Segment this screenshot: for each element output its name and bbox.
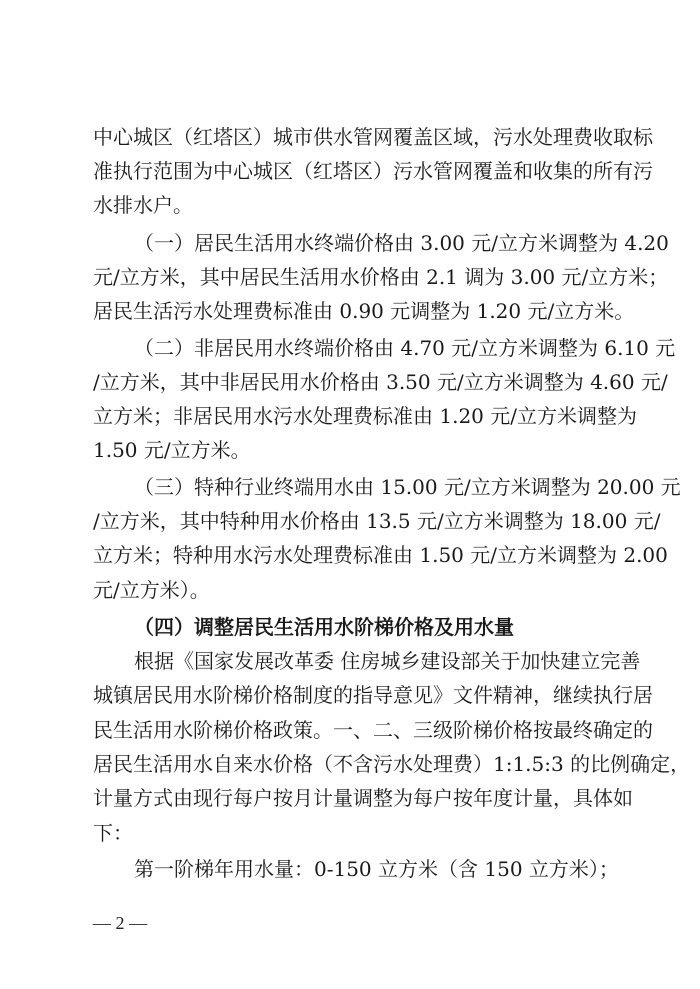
- paragraph-line-special-industry: 元/立方米）。: [93, 575, 611, 605]
- document-page: 中心城区（红塔区）城市供水管网覆盖区域，污水处理费收取标 准执行范围为中心城区（…: [0, 0, 700, 989]
- paragraph-line-special-industry: 立方米；特种用水污水处理费标准由 1.50 元/立方米调整为 2.00: [93, 540, 611, 570]
- paragraph-line-tiered-pricing: 居民生活用水自来水价格（不含污水处理费）1:1.5:3 的比例确定，: [93, 749, 611, 779]
- paragraph-line-residential: 元/立方米，其中居民生活用水价格由 2.1 调为 3.00 元/立方米；: [93, 262, 611, 292]
- paragraph-line: 中心城区（红塔区）城市供水管网覆盖区域，污水处理费收取标: [93, 122, 611, 152]
- paragraph-line-residential: （一）居民生活用水终端价格由 3.00 元/立方米调整为 4.20: [134, 228, 611, 258]
- paragraph-line-non-residential: 立方米；非居民用水污水处理费标准由 1.20 元/立方米调整为: [93, 401, 611, 431]
- paragraph-line-tiered-pricing: 下：: [93, 818, 611, 848]
- paragraph-line-non-residential: /立方米，其中非居民用水价格由 3.50 元/立方米调整为 4.60 元/: [93, 367, 611, 397]
- paragraph-line-tiered-pricing: 根据《国家发展改革委 住房城乡建设部关于加快建立完善: [134, 646, 611, 676]
- paragraph-line-special-industry: /立方米，其中特种用水价格由 13.5 元/立方米调整为 18.00 元/: [93, 506, 611, 536]
- paragraph-line: 准执行范围为中心城区（红塔区）污水管网覆盖和收集的所有污: [93, 156, 611, 186]
- section-heading: （四）调整居民生活用水阶梯价格及用水量: [134, 612, 611, 642]
- paragraph-line-tiered-pricing: 城镇居民用水阶梯价格制度的指导意见》文件精神，继续执行居: [93, 680, 611, 710]
- paragraph-line-tiered-pricing: 民生活用水阶梯价格政策。一、二、三级阶梯价格按最终确定的: [93, 715, 611, 745]
- paragraph-line-special-industry: （三）特种行业终端用水由 15.00 元/立方米调整为 20.00 元: [134, 472, 611, 502]
- paragraph-line-residential: 居民生活污水处理费标准由 0.90 元调整为 1.20 元/立方米。: [93, 296, 611, 326]
- paragraph-line-non-residential: 1.50 元/立方米。: [93, 435, 611, 465]
- page-number: — 2 —: [93, 909, 147, 937]
- paragraph-line-non-residential: （二）非居民用水终端价格由 4.70 元/立方米调整为 6.10 元: [134, 333, 611, 363]
- paragraph-line-first-tier: 第一阶梯年用水量：0-150 立方米（含 150 立方米）；: [134, 854, 611, 884]
- paragraph-line: 水排水户。: [93, 190, 611, 220]
- paragraph-line-tiered-pricing: 计量方式由现行每户按月计量调整为每户按年度计量，具体如: [93, 783, 611, 813]
